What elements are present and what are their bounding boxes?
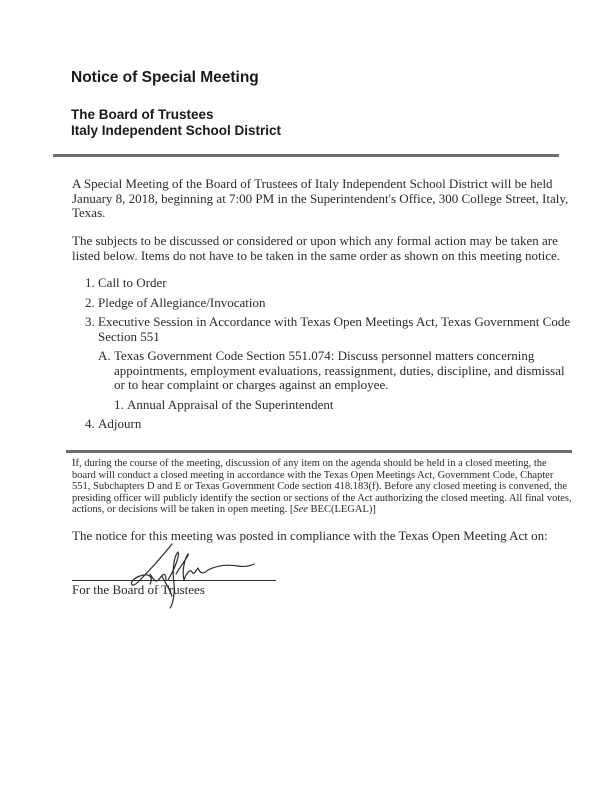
- notice-title: Notice of Special Meeting: [71, 69, 259, 87]
- agenda-subitem-letter: A.: [98, 349, 111, 364]
- legal-reference: BEC(LEGAL)]: [308, 504, 376, 515]
- signature-label: For the Board of Trustees: [72, 582, 205, 598]
- closed-meeting-note: If, during the course of the meeting, di…: [72, 458, 572, 516]
- signature-icon: [120, 540, 260, 610]
- see-reference: See: [293, 504, 308, 515]
- agenda-subitem: A. Texas Government Code Section 551.074…: [72, 349, 572, 393]
- agenda-item-label: Adjourn: [98, 416, 141, 431]
- subjects-statement: The subjects to be discussed or consider…: [72, 234, 572, 263]
- header-divider: [53, 154, 559, 157]
- agenda-item-number: 3.: [85, 315, 98, 330]
- agenda-item: 3. Executive Session in Accordance with …: [72, 315, 572, 344]
- agenda-item-number: 2.: [85, 296, 98, 311]
- agenda-subitem-label: Texas Government Code Section 551.074: D…: [114, 348, 565, 392]
- agenda-item: 2. Pledge of Allegiance/Invocation: [72, 296, 572, 311]
- agenda-subsubitem-number: 1.: [114, 398, 124, 413]
- agenda-item: 1. Call to Order: [72, 276, 572, 291]
- meeting-announcement: A Special Meeting of the Board of Truste…: [72, 177, 572, 221]
- agenda-list: 1. Call to Order 2. Pledge of Allegiance…: [72, 276, 572, 437]
- agenda-item: 4. Adjourn: [72, 417, 572, 432]
- agenda-item-label: Executive Session in Accordance with Tex…: [98, 314, 570, 344]
- agenda-subsubitem-label: Annual Appraisal of the Superintendent: [127, 397, 334, 412]
- organization-heading: The Board of Trustees Italy Independent …: [71, 107, 281, 139]
- agenda-item-number: 4.: [85, 417, 98, 432]
- org-line-district: Italy Independent School District: [71, 123, 281, 139]
- agenda-item-number: 1.: [85, 276, 98, 291]
- agenda-item-label: Pledge of Allegiance/Invocation: [98, 295, 266, 310]
- agenda-subsubitem: 1. Annual Appraisal of the Superintenden…: [72, 398, 572, 413]
- org-line-board: The Board of Trustees: [71, 107, 281, 123]
- agenda-item-label: Call to Order: [98, 275, 167, 290]
- footer-divider: [66, 450, 572, 453]
